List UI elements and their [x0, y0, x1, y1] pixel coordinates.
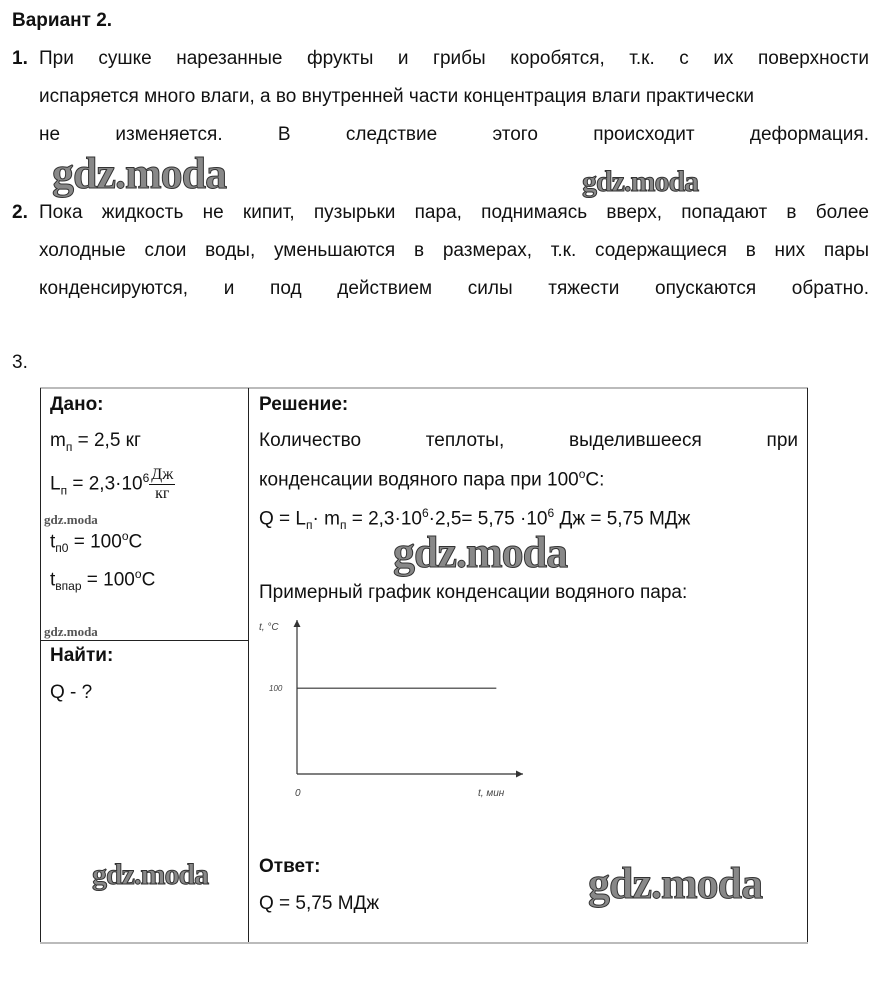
temp-unit: C: [142, 569, 156, 590]
table-bottom-border: [40, 942, 808, 944]
solution-text: конденсации водяного пара при 100: [259, 469, 579, 490]
watermark: gdz.moda: [92, 858, 208, 892]
formula-part: · m: [313, 508, 340, 529]
formula-part: Дж = 5,75 МДж: [554, 508, 690, 529]
mass-symbol: m: [50, 430, 66, 451]
origin-label: 0: [295, 788, 301, 799]
given-heading: Дано:: [50, 394, 104, 416]
task-2-line-1: Пока жидкость не кипит, пузырьки пара, п…: [39, 202, 869, 224]
find-value: Q - ?: [50, 682, 92, 704]
latent-heat-exponent: 6: [143, 471, 150, 485]
task-3-number: 3.: [12, 352, 28, 374]
given-find-divider: [40, 640, 248, 641]
temp-subscript: впар: [55, 579, 81, 593]
task-1-number: 1.: [12, 48, 28, 70]
latent-heat-unit: Джкг: [149, 466, 175, 503]
watermark: gdz.moda: [52, 148, 226, 199]
task-1-line-2: испаряется много влаги, а во внутренней …: [39, 86, 869, 108]
table-divider: [248, 388, 249, 943]
solution-line-2: конденсации водяного пара при 100oC:: [259, 467, 604, 491]
unit-denominator: кг: [149, 485, 175, 503]
condensation-chart: t, °Ct, мин0100: [255, 612, 555, 807]
task-2-line-3: конденсируются, и под действием силы тяж…: [39, 278, 869, 300]
solution-text: C:: [585, 469, 604, 490]
mass-value: = 2,5 кг: [72, 430, 141, 451]
watermark: gdz.moda: [582, 165, 698, 199]
x-axis-label: t, мин: [478, 788, 505, 799]
answer-heading: Ответ:: [259, 856, 320, 878]
given-latent-heat: Lп = 2,3·106Джкг: [50, 466, 175, 503]
table-top-border: [40, 387, 808, 389]
unit-numerator: Дж: [149, 466, 175, 485]
graph-caption: Примерный график конденсации водяного па…: [259, 582, 687, 604]
temp-subscript: п0: [55, 541, 68, 555]
y-tick-label: 100: [269, 684, 283, 693]
temp-unit: C: [129, 531, 143, 552]
given-mass: mп = 2,5 кг: [50, 430, 141, 454]
latent-heat-symbol: L: [50, 474, 61, 495]
task-1-line-3: не изменяется. В следствие этого происхо…: [39, 124, 869, 146]
table-left-border: [40, 388, 41, 943]
find-heading: Найти:: [50, 645, 113, 667]
task-2-line-2: холодные слои воды, уменьшаются в размер…: [39, 240, 869, 262]
solution-heading: Решение:: [259, 394, 348, 416]
y-axis-label: t, °C: [259, 622, 279, 633]
watermark: gdz.moda: [44, 512, 98, 528]
table-right-border: [807, 388, 808, 943]
given-vapor-temp: tвпар = 100oC: [50, 567, 155, 593]
formula-part: Q = L: [259, 508, 306, 529]
watermark: gdz.moda: [44, 624, 98, 640]
formula-exponent: 6: [422, 506, 429, 520]
answer-value: Q = 5,75 МДж: [259, 893, 379, 915]
watermark: gdz.moda: [393, 527, 567, 578]
latent-heat-value: = 2,3·10: [67, 474, 143, 495]
task-2-number: 2.: [12, 202, 28, 224]
degree-sign: o: [135, 567, 142, 581]
task-1-line-1: При сушке нарезанные фрукты и грибы коро…: [39, 48, 869, 70]
temp-value: = 100: [68, 531, 121, 552]
watermark: gdz.moda: [588, 858, 762, 909]
solution-line-1: Количество теплоты, выделившееся при: [259, 430, 798, 452]
given-initial-temp: tп0 = 100oC: [50, 529, 142, 555]
degree-sign: o: [122, 529, 129, 543]
variant-title: Вариант 2.: [12, 10, 112, 32]
temp-value: = 100: [82, 569, 135, 590]
